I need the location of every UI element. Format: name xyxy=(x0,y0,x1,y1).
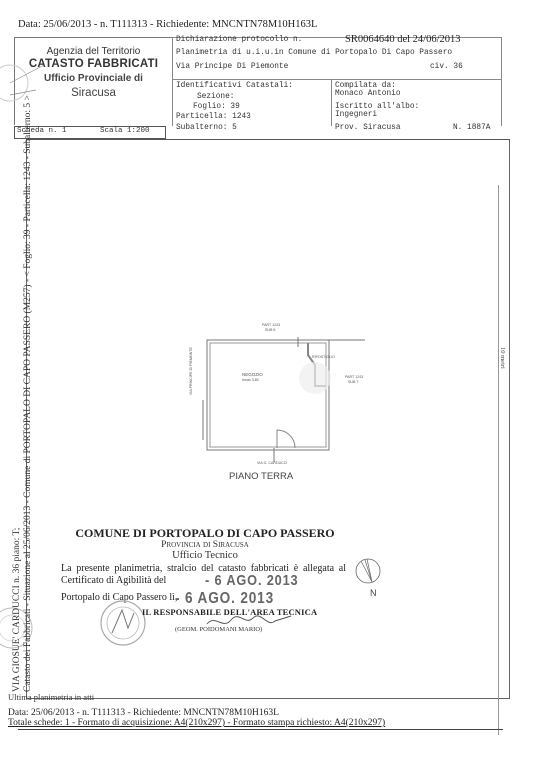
divider xyxy=(331,79,332,126)
signer-name: (GEOM. POIDOMANI MARIO) xyxy=(175,626,262,633)
side-registry-text: Catasto dei Fabbricati - Situazione al 2… xyxy=(23,95,33,692)
compiler-label: Compilata da: xyxy=(335,82,396,90)
stamp-date-agibilita: - 6 AGO. 2013 xyxy=(205,572,299,589)
technical-office-label: Ufficio Tecnico xyxy=(60,550,350,561)
register-value: Ingegneri xyxy=(335,111,377,119)
street-label-bottom: VIA G. CARDUCCI xyxy=(257,461,287,465)
compiler-name: Monaco Antonio xyxy=(335,90,401,98)
scale-bar-label: 10 metri xyxy=(499,347,506,369)
sheet-info-box: Scheda n. 1 Scala 1:200 xyxy=(14,126,166,139)
protocol-label: Dichiarazione protocollo n. xyxy=(176,36,302,44)
adjacent-sub-right: SUB 7 xyxy=(348,380,358,384)
identifiers-title: Identificativi Catastali: xyxy=(176,82,293,90)
sezione-field: Sezione: xyxy=(197,93,234,101)
register-number: N. 1887A xyxy=(453,124,490,132)
room-name: NEGOZIO xyxy=(242,372,263,377)
province-label: Provincia di Siracusa xyxy=(60,540,350,550)
protocol-value: SR0064640 del 24/06/2013 xyxy=(345,34,461,45)
official-seal-icon xyxy=(98,598,148,648)
floor-plan: PART 1243 SUB 6 NEGOZIO hmax 3,80 RIPOST… xyxy=(170,320,370,470)
room-height: hmax 3,80 xyxy=(242,378,259,382)
declaration-box: Dichiarazione protocollo n. SR0064640 de… xyxy=(172,37,502,126)
sheet-margin-line xyxy=(498,185,499,735)
foglio-field: Foglio: 39 xyxy=(193,103,240,111)
register-label: Iscritto all'albo: xyxy=(335,103,419,111)
divider xyxy=(173,79,501,80)
floor-label: PIANO TERRA xyxy=(229,471,293,482)
adjacent-parcel-right: PART 1243 xyxy=(345,375,363,379)
footer-rule xyxy=(18,729,503,730)
stamp-date-place: - 6 AGO. 2013 xyxy=(175,590,274,608)
footer-request-line: Data: 25/06/2013 - n. T111313 - Richiede… xyxy=(8,708,279,718)
street-label-left: VIA PRINCIPE DI PIEMONTE xyxy=(189,347,193,395)
municipality-title: COMUNE DI PORTOPALO DI CAPO PASSERO xyxy=(60,526,350,541)
certificate-paragraph: La presente planimetria, stralcio del ca… xyxy=(61,563,346,587)
subalterno-field: Subalterno: 5 xyxy=(176,124,237,132)
scale-label: Scala 1:200 xyxy=(100,127,150,135)
plan-description: Planimetria di u.i.u.in Comune di Portop… xyxy=(176,49,452,57)
last-plan-note: Ultima planimetria in atti xyxy=(8,692,94,702)
property-address: Via Principe Di Piemonte xyxy=(176,63,288,71)
side-address-text: VIA GIOSUE' CARDUCCI n. 36 piano: T; xyxy=(12,528,22,692)
footer-format-line: Totale schede: 1 - Formato di acquisizio… xyxy=(8,718,385,728)
particella-field: Particella: 1243 xyxy=(176,113,251,121)
civic-number: civ. 36 xyxy=(430,63,463,71)
north-arrow-icon xyxy=(353,556,383,586)
province: Prov. Siracusa xyxy=(335,124,401,132)
adjacent-parcel-label: PART 1243 xyxy=(262,323,280,327)
adjacent-sub-label: SUB 6 xyxy=(265,328,275,332)
floor-plan-drawing xyxy=(170,320,370,470)
header-request-line: Data: 25/06/2013 - n. T111313 - Richiede… xyxy=(18,19,317,30)
north-label: N xyxy=(370,588,377,598)
closet-label: RIPOSTIGLIO xyxy=(312,355,335,359)
